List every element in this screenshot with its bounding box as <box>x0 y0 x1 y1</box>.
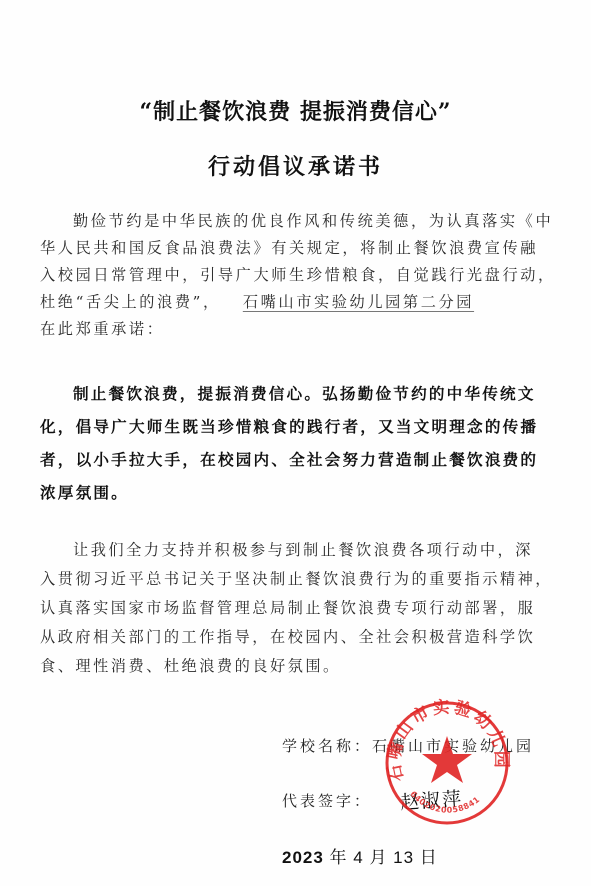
paragraph-line: 让我们全力支持并积极参与到制止餐饮浪费各项行动中，深 <box>40 536 545 565</box>
date-rest: 年 4 月 13 日 <box>324 848 438 867</box>
paragraph-line: 入贯彻习近平总书记关于坚决制止餐饮浪费行为的重要指示精神， <box>40 565 545 594</box>
paragraph-line: 食、理性消费、杜绝浪费的良好氛围。 <box>40 652 545 681</box>
paragraph-line: 杜绝“舌尖上的浪费”，石嘴山市实验幼儿园第二分园 <box>40 289 545 316</box>
svg-text:6402020058841: 6402020058841 <box>408 789 481 814</box>
document-page: “制止餐饮浪费 提振消费信心” 行动倡议承诺书 勤俭节约是中华民族的优良作风和传… <box>0 0 591 886</box>
official-seal-icon: 石嘴山市实验幼儿园 6402020058841 <box>382 698 512 828</box>
paragraph-line: 化，倡导广大师生既当珍惜粮食的践行者，又当文明理念的传播 <box>40 411 545 444</box>
paragraph-line: 在此郑重承诺： <box>40 316 545 343</box>
representative-label: 代表签字： <box>282 792 372 810</box>
document-subtitle: 行动倡议承诺书 <box>0 150 591 181</box>
representative-row: 代表签字： <box>282 790 372 811</box>
paragraph-intro: 勤俭节约是中华民族的优良作风和传统美德，为认真落实《中 华人民共和国反食品浪费法… <box>40 208 545 343</box>
date-row: 2023 年 4 月 13 日 <box>282 843 438 868</box>
paragraph-line: 华人民共和国反食品浪费法》有关规定，将制止餐饮浪费宣传融 <box>40 235 545 262</box>
paragraph-call-to-action: 让我们全力支持并积极参与到制止餐饮浪费各项行动中，深 入贯彻习近平总书记关于坚决… <box>40 536 545 681</box>
paragraph-line: 认真落实国家市场监督管理总局制止餐饮浪费专项行动部署，服 <box>40 594 545 623</box>
paragraph-line: 者，以小手拉大手，在校园内、全社会努力营造制止餐饮浪费的 <box>40 444 545 477</box>
school-name-label: 学校名称： <box>282 737 372 755</box>
paragraph-line: 浓厚氛围。 <box>40 477 545 510</box>
paragraph-text: 杜绝“舌尖上的浪费”， <box>40 293 221 311</box>
paragraph-line: 入校园日常管理中，引导广大师生珍惜粮食，自觉践行光盘行动， <box>40 262 545 289</box>
paragraph-line: 制止餐饮浪费，提振消费信心。弘扬勤俭节约的中华传统文 <box>40 378 545 411</box>
school-name-underlined: 石嘴山市实验幼儿园第二分园 <box>243 293 474 311</box>
date-year: 2023 <box>282 848 324 867</box>
seal-code: 6402020058841 <box>408 789 481 814</box>
document-title: “制止餐饮浪费 提振消费信心” <box>0 95 591 126</box>
paragraph-line: 从政府相关部门的工作指导，在校园内、全社会积极营造科学饮 <box>40 623 545 652</box>
paragraph-pledge: 制止餐饮浪费，提振消费信心。弘扬勤俭节约的中华传统文 化，倡导广大师生既当珍惜粮… <box>40 378 545 510</box>
paragraph-line: 勤俭节约是中华民族的优良作风和传统美德，为认真落实《中 <box>40 208 545 235</box>
